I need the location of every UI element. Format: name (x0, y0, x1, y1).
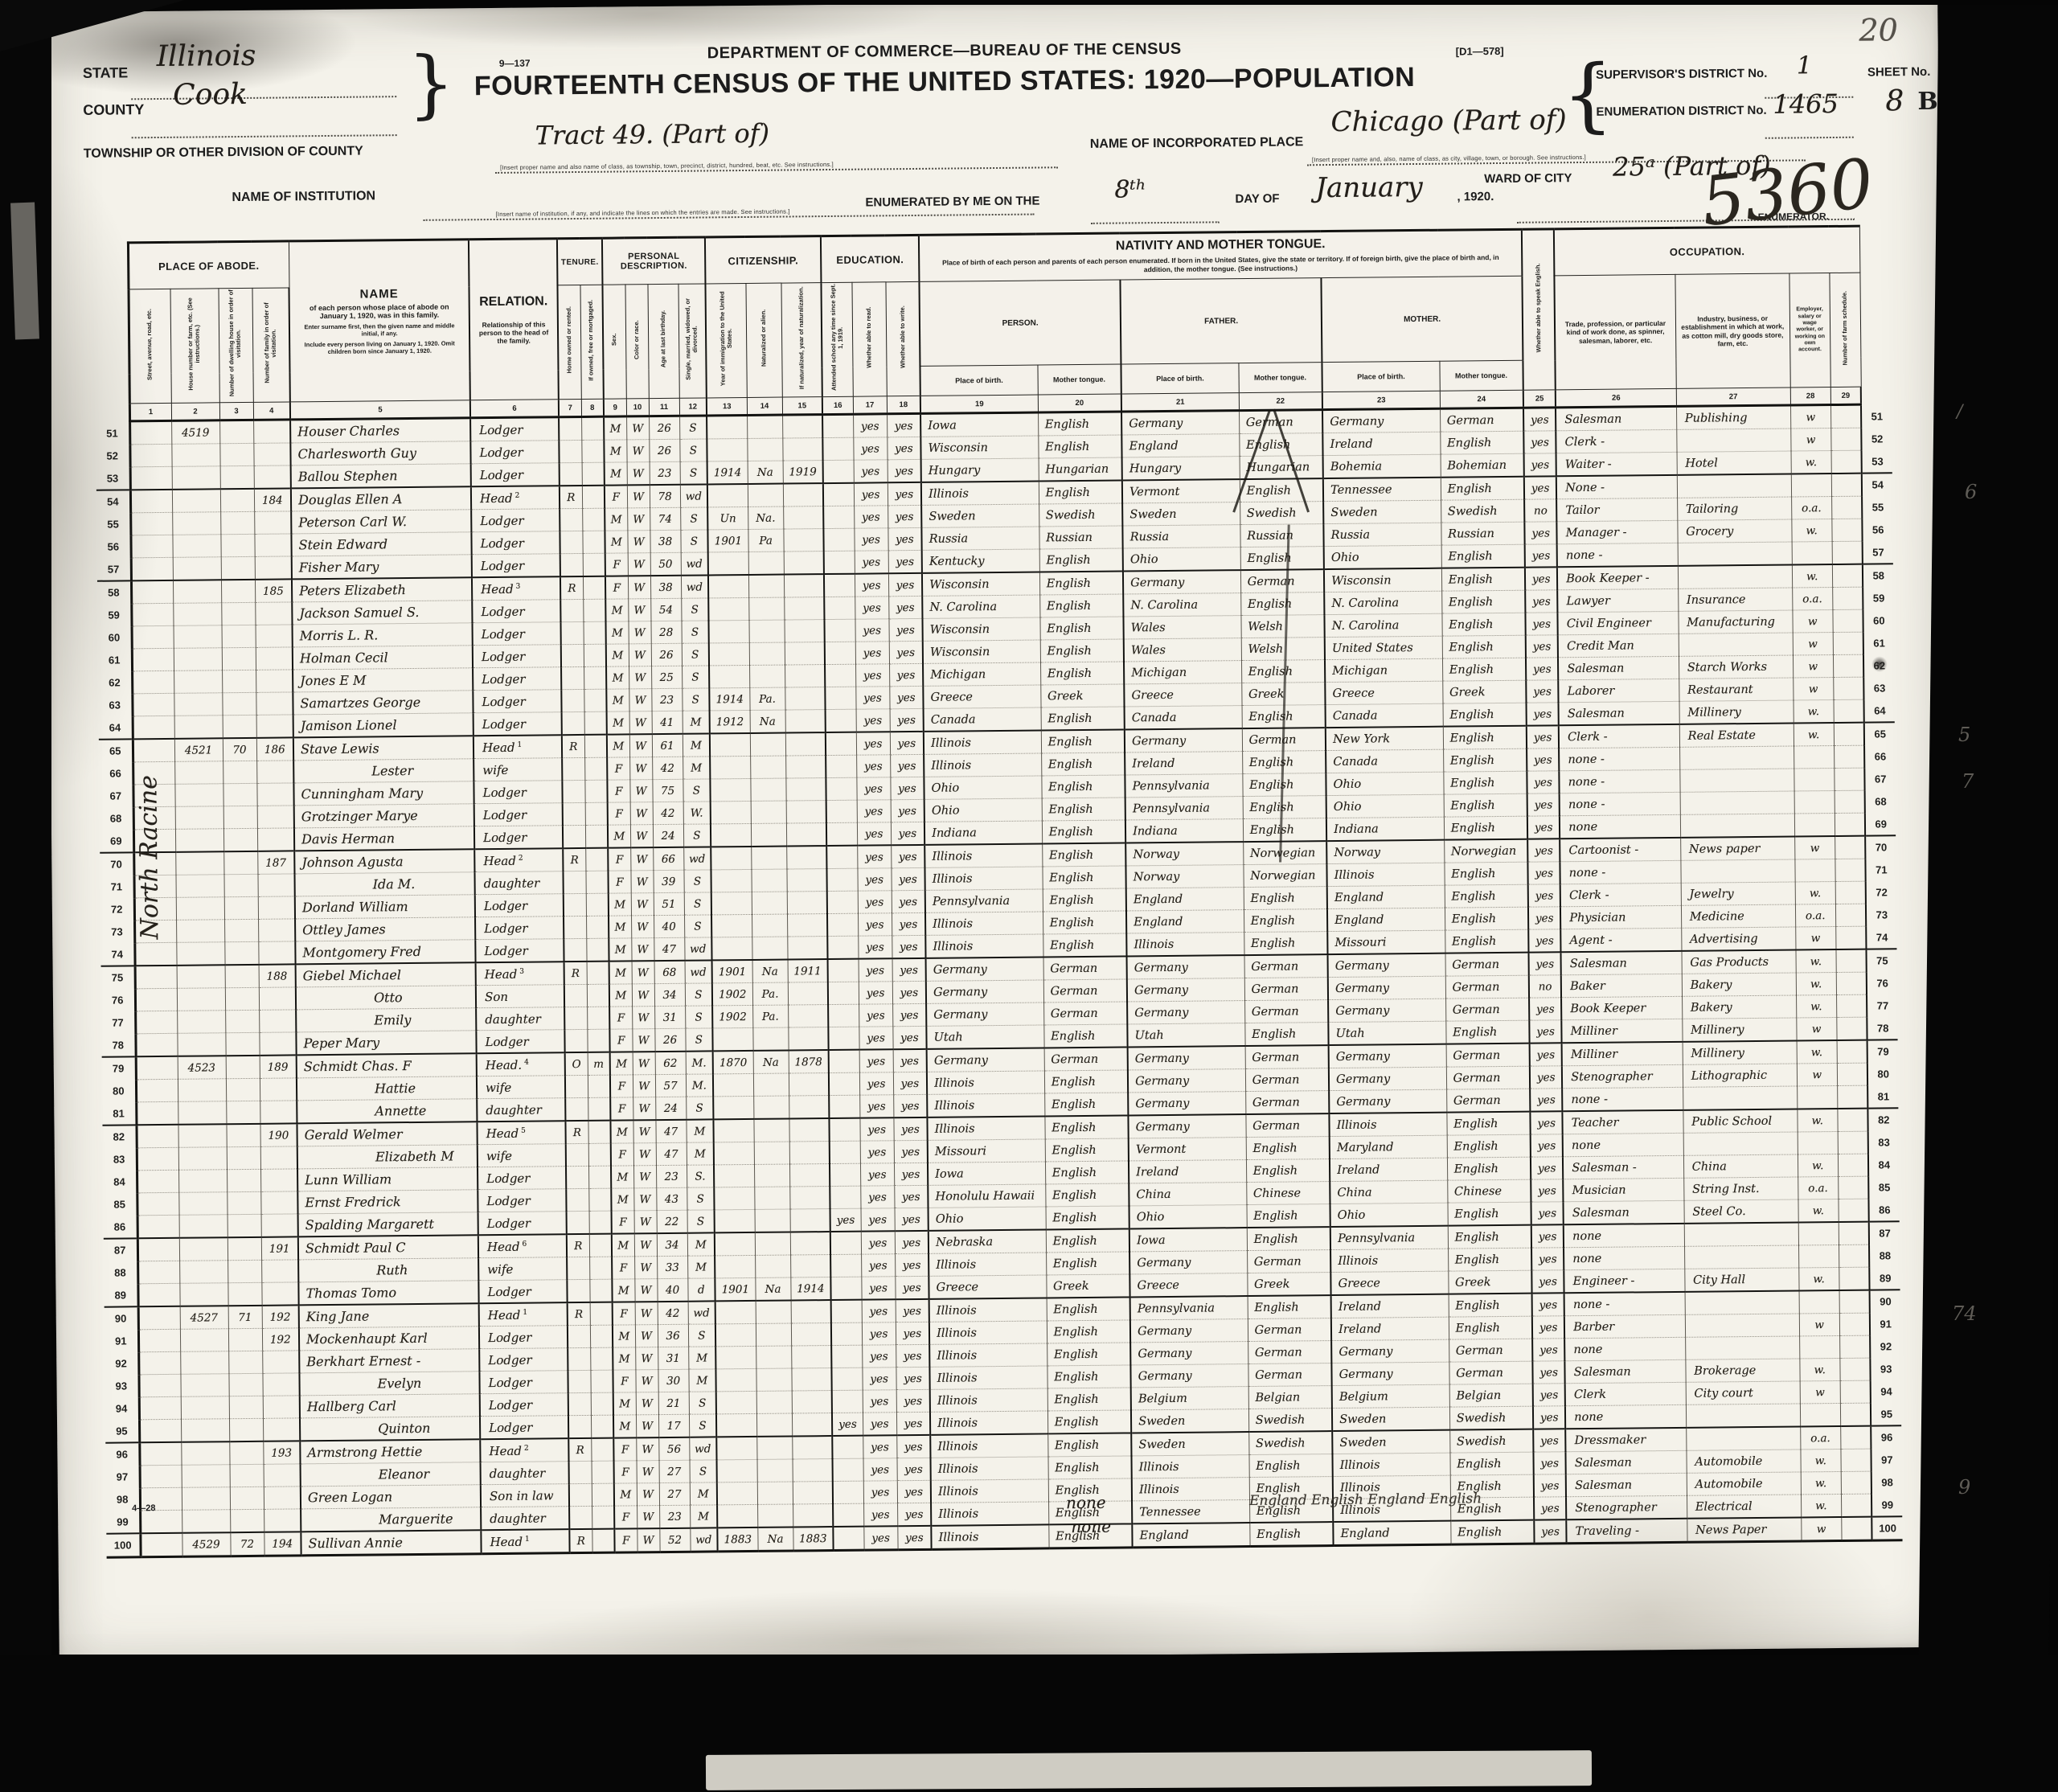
col-pob: Germany (927, 1048, 1044, 1072)
col-age: 22 (657, 1210, 687, 1233)
col-owned-rented-header: Home owned or rented. (558, 285, 581, 399)
col-ten (563, 825, 585, 848)
col-imm (710, 756, 750, 778)
col-m: M (687, 1232, 715, 1256)
col-rel: Lodger (476, 1030, 564, 1054)
col-c: W (627, 508, 650, 531)
col-fp: Germany (1129, 1251, 1247, 1274)
col-pob: Illinois (931, 1479, 1048, 1503)
col-f (260, 1078, 297, 1101)
col-fm: English (1246, 1159, 1330, 1183)
col-rn: 57 (1863, 541, 1893, 564)
col-number-28: 28 (1790, 388, 1830, 405)
col-ln: 53 (96, 467, 130, 490)
col-h (174, 784, 223, 807)
col-m: S (680, 507, 707, 530)
col-ny (785, 665, 825, 687)
col-f: 186 (256, 737, 293, 761)
col-wr: yes (897, 1480, 931, 1503)
col-sp: yes (1530, 1066, 1562, 1089)
col-h (171, 444, 219, 467)
col-mp: Utah (1328, 1021, 1445, 1045)
form-code: 4—28 (132, 1503, 155, 1513)
col-cl: w. (1791, 451, 1831, 474)
col-mm: German (1445, 953, 1529, 976)
col-sc (824, 551, 855, 574)
col-rd: yes (853, 437, 887, 460)
col-na (756, 1436, 792, 1459)
col-mo (583, 553, 605, 576)
col-mt: English (1038, 412, 1121, 436)
col-m: S (682, 621, 709, 643)
street-name-vertical: North Racine (134, 775, 171, 1097)
col-mm: Greek (1442, 680, 1526, 703)
col-sex: M (611, 1188, 633, 1211)
col-sp: yes (1525, 522, 1557, 544)
col-mm: Bohemian (1441, 453, 1524, 477)
col-number-1: 1 (129, 403, 171, 420)
col-rel: Lodger (474, 826, 563, 850)
col-ind: Automobile (1687, 1450, 1801, 1473)
col-ny (785, 778, 826, 801)
col-sp: yes (1523, 431, 1556, 453)
col-cl: w. (1800, 1358, 1840, 1380)
col-name: Holman Cecil (293, 646, 473, 670)
col-f (264, 1486, 301, 1509)
col-sp: no (1529, 975, 1561, 998)
col-rn: 67 (1865, 768, 1896, 790)
col-mm: German (1445, 998, 1529, 1021)
col-na: Na (753, 1051, 789, 1074)
col-farm (1835, 881, 1866, 904)
col-d (220, 534, 254, 556)
col-ny (787, 892, 827, 914)
col-name: Jones E M (293, 668, 473, 692)
col-sc (830, 1254, 861, 1277)
col-h: 4523 (178, 1056, 226, 1079)
col-pob: Michigan (923, 662, 1040, 686)
col-mo (582, 508, 605, 531)
col-sc (830, 1232, 861, 1255)
col-rn: 99 (1871, 1494, 1902, 1517)
col-sp: no (1524, 499, 1556, 522)
col-ny (784, 529, 824, 552)
col-sc (832, 1368, 863, 1390)
col-ind: Bakery (1682, 973, 1796, 996)
col-mp: Germany (1329, 1044, 1446, 1068)
col-ind (1676, 429, 1790, 452)
col-sc (829, 1095, 859, 1118)
col-imm (714, 1164, 754, 1187)
col-ten (568, 1347, 590, 1370)
col-sc (824, 574, 855, 597)
col-mo (581, 416, 604, 440)
col-mo (584, 735, 607, 758)
col-fm: English (1240, 478, 1323, 502)
col-m: M (683, 711, 710, 734)
col-na (749, 642, 785, 665)
scan-bottom-band (706, 1750, 1592, 1790)
col-speak-english-header: Whether able to speak English. (1522, 229, 1556, 390)
col-d (223, 715, 256, 738)
col-wr: yes (893, 1049, 927, 1072)
col-rd: yes (854, 482, 888, 506)
col-c: W (629, 644, 651, 666)
col-sp: yes (1526, 680, 1558, 703)
col-mo (590, 1370, 613, 1392)
col-age: 47 (656, 1142, 687, 1165)
col-name: Stave Lewis (293, 736, 474, 761)
col-pob: Indiana (924, 821, 1042, 845)
col-cl (1794, 746, 1834, 769)
col-farm (1835, 904, 1866, 926)
col-fm: German (1245, 1045, 1329, 1068)
col-cl: w (1790, 429, 1830, 451)
col-rel: wife (478, 1257, 567, 1281)
col-mo (582, 531, 605, 553)
col-rd: yes (857, 845, 891, 868)
col-ind (1679, 633, 1793, 656)
col-occ: Credit Man (1558, 634, 1679, 657)
col-fp: Norway (1125, 842, 1243, 866)
col-na (752, 869, 787, 892)
plate-number: [D1—578] (1456, 45, 1504, 58)
col-d (228, 1260, 261, 1282)
state-value: Illinois (157, 39, 256, 73)
col-mp: Germany (1332, 1362, 1449, 1385)
col-name: Sullivan Annie (301, 1530, 481, 1556)
col-rn: 78 (1867, 1017, 1898, 1040)
col-occ: Milliner (1562, 1019, 1683, 1043)
col-f (260, 1169, 297, 1191)
col-ln: 51 (96, 421, 129, 445)
col-name: Ruth (298, 1258, 478, 1282)
col-wr: yes (892, 981, 926, 1003)
col-cl: w. (1798, 1199, 1839, 1222)
col-sex: M (606, 644, 629, 666)
col-wr: yes (896, 1299, 929, 1322)
col-number-3: 3 (219, 402, 253, 420)
col-ln: 73 (100, 921, 134, 943)
col-farm (1832, 564, 1863, 588)
col-farm (1833, 654, 1863, 677)
col-ny (789, 1187, 830, 1209)
col-ny (784, 574, 824, 597)
col-mt: English (1043, 866, 1126, 889)
col-mo (589, 1257, 612, 1279)
col-class-header: Employer, salary or wage worker, or work… (1789, 273, 1830, 388)
col-trade-header: Trade, profession, or particular kind of… (1555, 274, 1676, 389)
enumeration-month: January (1315, 171, 1423, 204)
col-cl: w. (1796, 973, 1836, 995)
col-sex: M (605, 531, 627, 553)
col-fm: German (1248, 1318, 1331, 1342)
col-rel: Lodger (479, 1348, 568, 1372)
col-rel: Head6 (478, 1234, 567, 1258)
col-c: W (632, 961, 654, 984)
col-pob: Germany (926, 980, 1043, 1003)
col-mt: German (1044, 1047, 1128, 1070)
col-sex: F (612, 1211, 634, 1234)
col-na (756, 1346, 791, 1368)
col-na: Na (748, 461, 783, 484)
col-h: 4527 (180, 1306, 228, 1329)
col-sc (830, 1163, 860, 1186)
mother-pob-header: Place of birth. (1322, 361, 1440, 392)
col-ind: Publishing (1676, 405, 1790, 429)
col-mt: German (1043, 979, 1127, 1003)
col-fm: Belgian (1248, 1386, 1332, 1409)
col-rd: yes (860, 1117, 894, 1141)
col-mm: English (1441, 568, 1525, 591)
col-pob: Wisconsin (922, 572, 1039, 596)
col-sex: M (607, 734, 629, 757)
col-m: wd (684, 937, 711, 961)
mother-mt-header: Mother tongue. (1440, 360, 1523, 391)
col-ny (792, 1391, 832, 1413)
col-fp: Germany (1130, 1342, 1248, 1365)
col-mt: English (1043, 911, 1126, 934)
col-mt: English (1042, 820, 1125, 843)
col-occ: Stenographer (1562, 1064, 1683, 1088)
col-age: 30 (658, 1369, 688, 1392)
col-ny (791, 1346, 831, 1368)
stray-none-1: none (1066, 1493, 1106, 1512)
col-f (256, 625, 293, 647)
col-occ: Baker (1561, 974, 1682, 997)
col-wr: yes (890, 754, 924, 777)
col-ny (791, 1323, 831, 1346)
col-mm: English (1443, 703, 1527, 726)
col-number-18: 18 (887, 396, 920, 413)
col-m: S (688, 1324, 715, 1347)
col-name: Emily (296, 1008, 476, 1032)
col-mo (591, 1392, 613, 1415)
col-ln: 87 (104, 1238, 137, 1261)
col-m: W. (683, 802, 711, 824)
col-ind: Real Estate (1679, 724, 1794, 748)
col-rn: 95 (1871, 1403, 1901, 1426)
col-sp: yes (1524, 476, 1556, 499)
col-number-21: 21 (1121, 393, 1239, 412)
col-occ: none - (1560, 792, 1680, 815)
col-number-10: 10 (626, 399, 649, 416)
col-wr: yes (891, 799, 924, 822)
col-fp: Canada (1125, 706, 1242, 730)
col-m: M (688, 1369, 715, 1392)
col-st (140, 1510, 182, 1533)
col-name: Davis Herman (294, 826, 474, 851)
col-c: W (633, 1097, 655, 1121)
col-rel: Lodger (473, 622, 561, 646)
col-mm: Swedish (1449, 1429, 1533, 1453)
col-sc (826, 800, 857, 822)
col-fp: Indiana (1125, 819, 1243, 843)
col-ln: 83 (103, 1148, 137, 1171)
col-occ: Laborer (1558, 679, 1679, 702)
col-ny (785, 732, 826, 756)
col-imm (716, 1437, 756, 1460)
col-ten (560, 599, 583, 621)
col-pob: Wisconsin (923, 617, 1040, 641)
institution-label: NAME OF INSTITUTION (232, 189, 375, 205)
col-ind: String Inst. (1683, 1177, 1798, 1200)
col-mp: China (1330, 1180, 1447, 1204)
col-imm: 1902 (712, 982, 752, 1005)
col-age: 66 (653, 847, 683, 871)
col-na: Na (752, 960, 788, 983)
col-pob: Ohio (924, 798, 1042, 822)
col-rd: yes (857, 800, 891, 822)
col-pob: Greece (929, 1275, 1046, 1299)
col-fm: English (1240, 547, 1324, 570)
col-fm: English (1242, 773, 1326, 797)
col-ln: 93 (105, 1375, 138, 1397)
col-d (230, 1509, 264, 1532)
col-imm (716, 1391, 756, 1413)
col-c: W (629, 780, 652, 802)
col-sp: yes (1534, 1452, 1566, 1474)
enumerated-label: ENUMERATED BY ME ON THE (865, 194, 1039, 209)
col-na (748, 575, 784, 598)
col-age: 38 (650, 576, 681, 599)
col-d: 72 (230, 1532, 264, 1556)
col-ten (564, 1029, 587, 1052)
col-c: W (636, 1415, 658, 1438)
col-mm: Russian (1441, 522, 1525, 545)
col-f (255, 556, 292, 580)
col-h (178, 1124, 226, 1147)
col-occ: Milliner (1562, 1042, 1683, 1066)
col-sex: M (606, 621, 629, 644)
col-number-19: 19 (920, 395, 1038, 413)
col-fp: Germany (1123, 570, 1240, 594)
col-sc: yes (832, 1413, 863, 1436)
col-imm (710, 733, 750, 757)
col-mo (588, 1097, 610, 1121)
col-cl: w. (1798, 1267, 1839, 1290)
col-sex: M (609, 916, 631, 938)
col-na: Na. (748, 506, 783, 529)
col-sc (827, 936, 858, 959)
col-occ: none - (1560, 769, 1680, 793)
col-st (129, 420, 171, 444)
col-wr: yes (897, 1458, 931, 1480)
col-sp: yes (1533, 1384, 1565, 1406)
enumeration-district-value: 1465 (1773, 88, 1839, 120)
col-farm (1835, 768, 1865, 790)
col-mo (590, 1347, 613, 1370)
col-age: 74 (650, 507, 680, 530)
col-fp: Germany (1127, 1001, 1244, 1024)
col-wr: yes (896, 1367, 930, 1389)
col-sex: M (609, 984, 632, 1007)
col-h (176, 920, 224, 943)
col-age: 52 (659, 1528, 690, 1552)
col-f (254, 534, 291, 556)
col-mt: English (1044, 1093, 1128, 1116)
col-ten (564, 893, 586, 916)
col-farm (1841, 1517, 1871, 1541)
county-label: COUNTY (83, 101, 144, 119)
col-farm (1839, 1245, 1869, 1267)
col-fp: Vermont (1129, 1138, 1246, 1161)
col-na (749, 665, 785, 687)
col-pob: Pennsylvania (925, 889, 1043, 912)
col-mm: Swedish (1449, 1406, 1533, 1429)
col-mp: Indiana (1326, 817, 1444, 841)
col-name: King Jane (299, 1303, 479, 1328)
col-h (174, 693, 222, 716)
col-rn: 93 (1871, 1358, 1901, 1380)
col-cl: o.a. (1795, 904, 1835, 927)
col-mo (584, 757, 607, 780)
col-rel: Head2 (480, 1438, 568, 1462)
col-rel: Lodger (480, 1416, 568, 1440)
col-st (130, 512, 172, 535)
col-mm: English (1442, 658, 1526, 681)
col-sex: M (614, 1483, 637, 1506)
col-d (222, 625, 256, 647)
col-fm: English (1244, 909, 1327, 933)
incorporated-place-label: NAME OF INCORPORATED PLACE (1090, 135, 1304, 152)
col-mp: Greece (1330, 1271, 1448, 1295)
census-scan: STATE Illinois COUNTY Cook } 9—137 DEPAR… (0, 0, 2058, 1792)
col-mo (585, 848, 608, 871)
col-mt: English (1039, 548, 1123, 572)
col-ind (1683, 1086, 1797, 1110)
col-ten (568, 1325, 590, 1347)
col-imm (715, 1301, 756, 1324)
col-number-6: 6 (470, 400, 559, 418)
col-c: W (634, 1279, 657, 1302)
col-d: 70 (223, 738, 256, 761)
col-imm (715, 1255, 755, 1277)
col-h (174, 761, 223, 785)
col-st (129, 444, 171, 466)
col-cl: w (1793, 678, 1833, 700)
col-mt: Hungarian (1039, 457, 1122, 481)
col-fp: China (1129, 1183, 1246, 1206)
col-rd: yes (858, 913, 892, 936)
col-st (131, 557, 173, 580)
col-m: S (680, 461, 707, 485)
col-na: Na (757, 1527, 793, 1551)
col-wr: yes (896, 1389, 930, 1412)
col-fp: Pennsylvania (1130, 1296, 1248, 1320)
col-sc (826, 846, 857, 869)
pencil-mark: / (1957, 402, 1962, 422)
col-mo (589, 1279, 612, 1302)
col-farm (1832, 541, 1863, 564)
col-ind: Jewelry (1681, 882, 1795, 905)
col-fm: English (1240, 593, 1324, 616)
col-ind: Manufacturing (1679, 610, 1793, 634)
col-sp: yes (1529, 952, 1561, 975)
col-na (753, 1096, 789, 1119)
col-farm (1835, 859, 1866, 881)
col-ny: 1919 (783, 461, 823, 484)
brace-districts: { (1562, 47, 1614, 142)
col-m: M (688, 1347, 715, 1369)
col-occ: none - (1559, 747, 1679, 770)
col-c: W (630, 802, 653, 825)
col-mm: Belgian (1449, 1384, 1533, 1407)
col-f (257, 828, 294, 851)
township-label: TOWNSHIP OR OTHER DIVISION OF COUNTY (84, 145, 363, 162)
stray-none-2: none (1071, 1517, 1111, 1536)
enumeration-district-label: ENUMERATION DISTRICT No. (1596, 104, 1766, 119)
